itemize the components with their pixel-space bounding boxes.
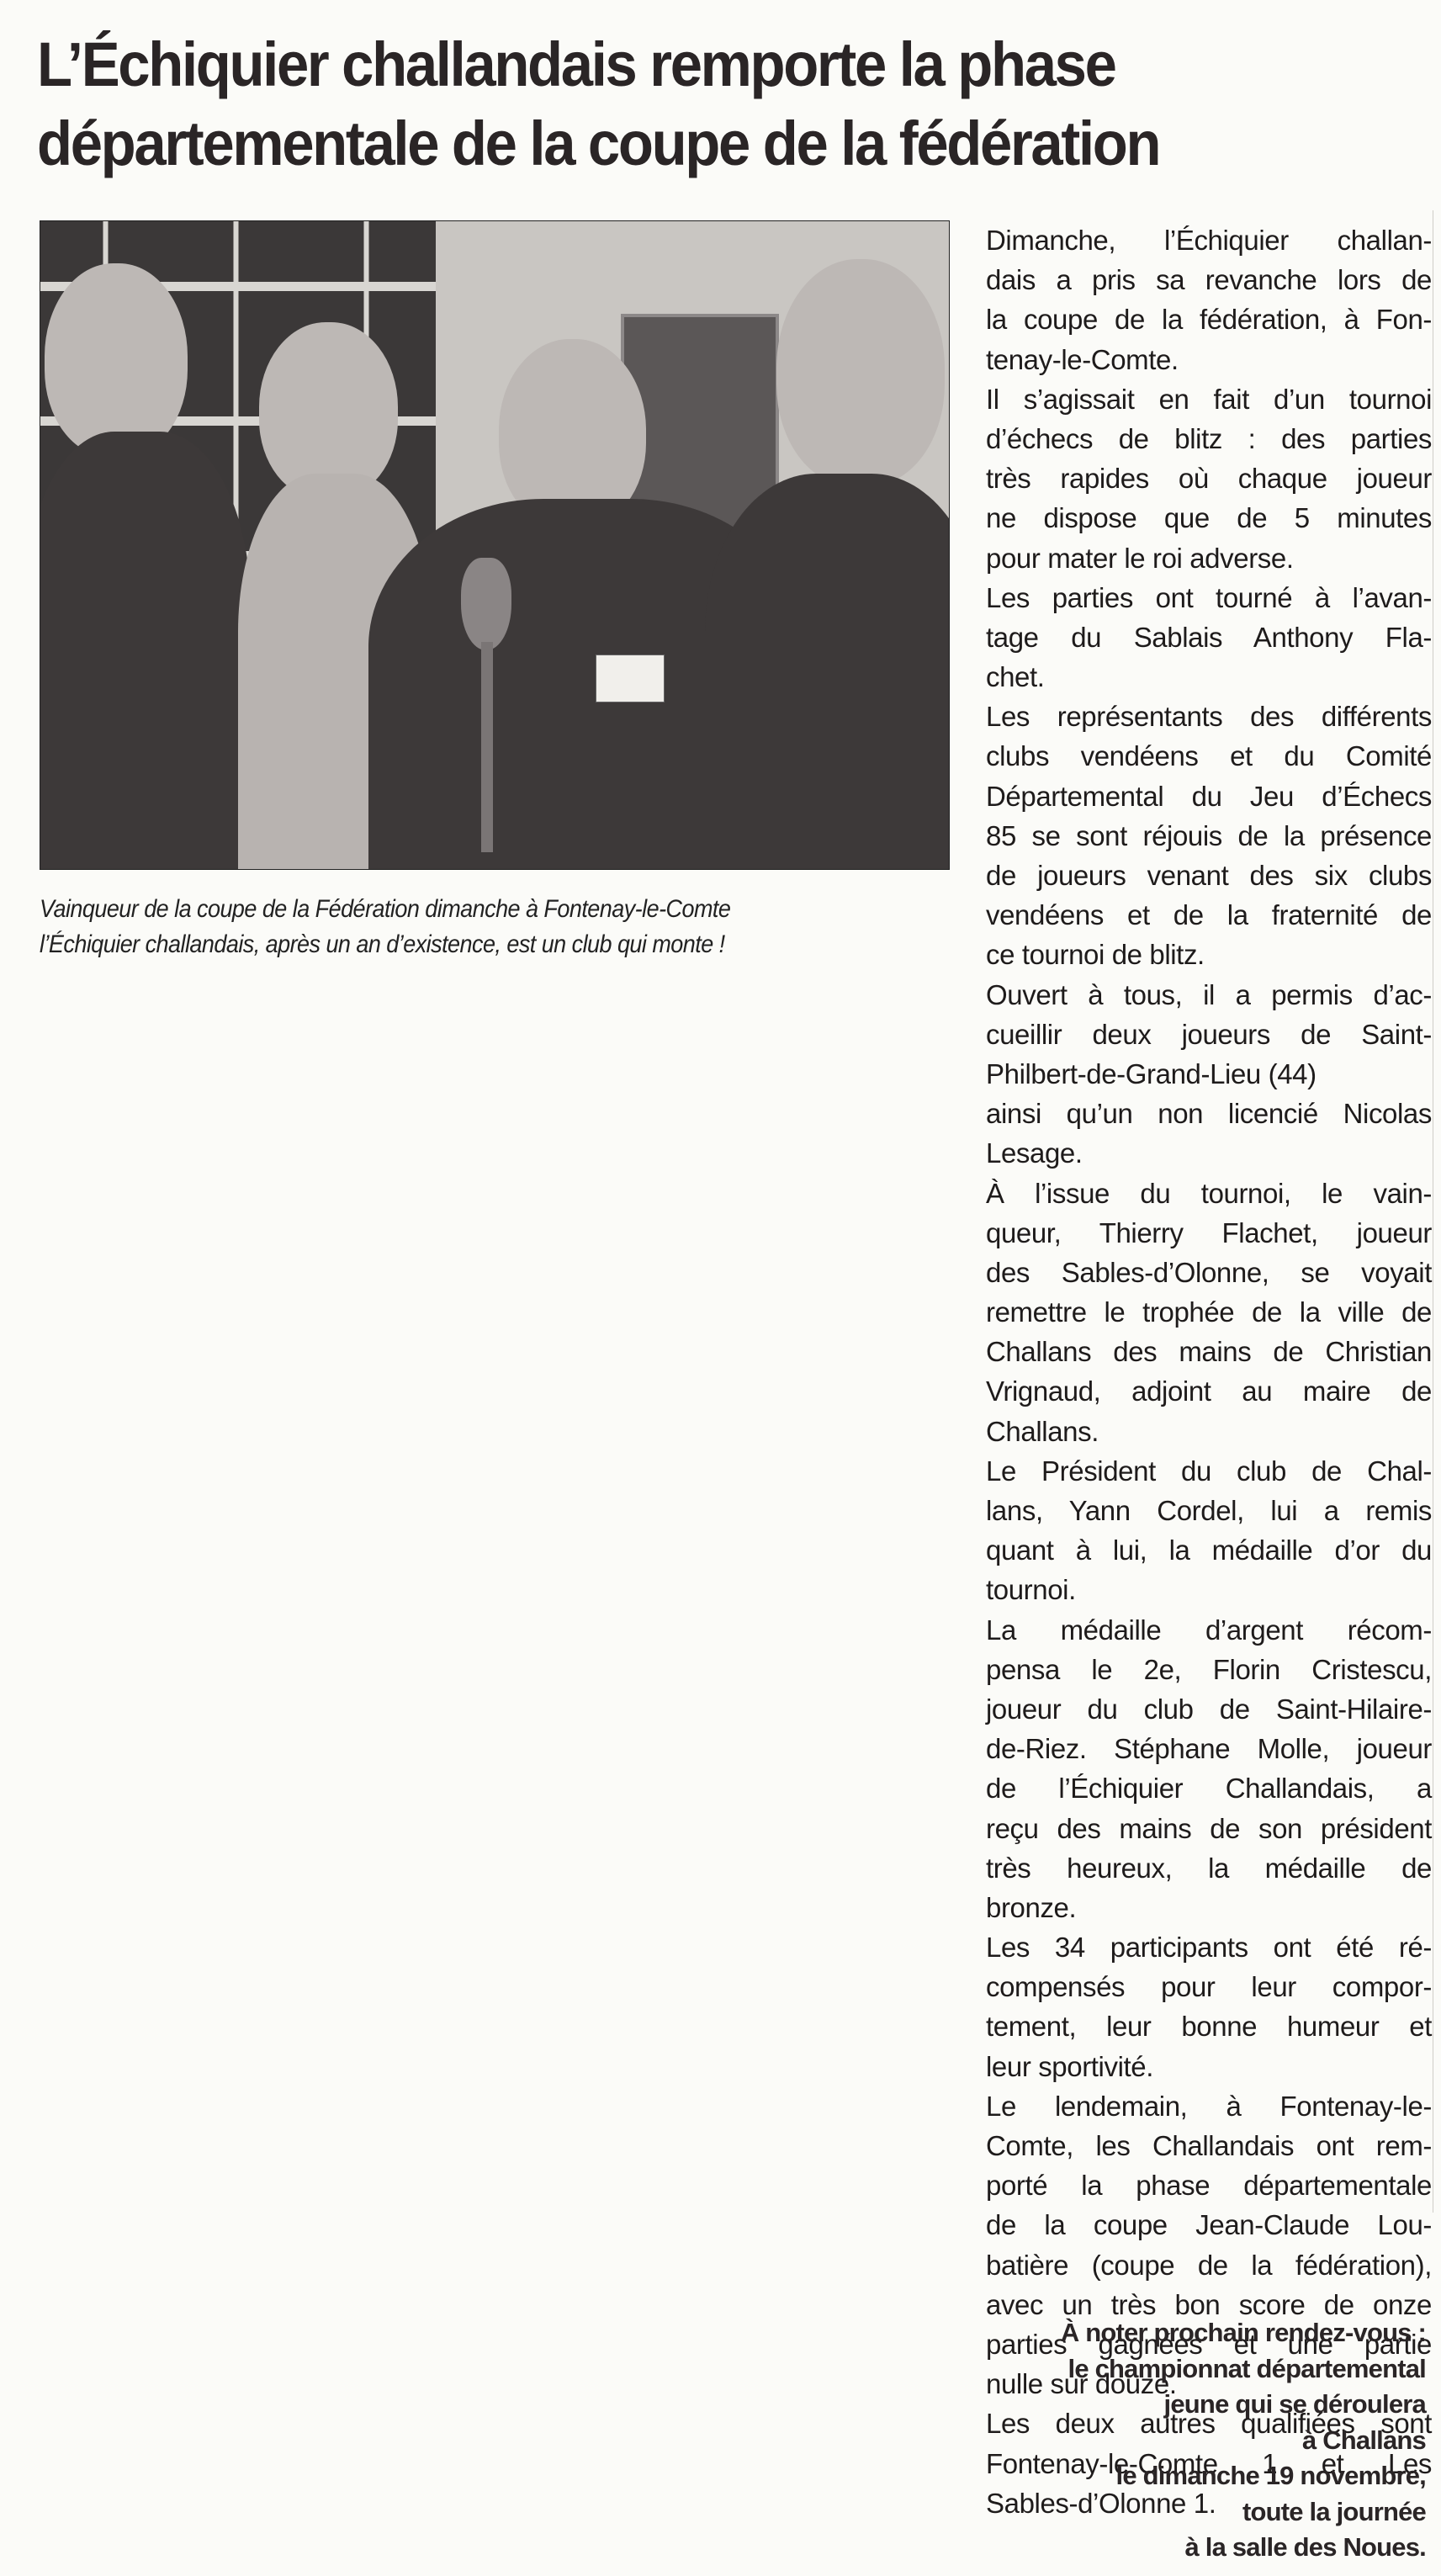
body-line: de la coupe Jean-Claude Lou- (986, 2205, 1432, 2245)
body-line: la coupe de la fédération, à Fon- (986, 299, 1432, 339)
person-1-head (45, 263, 188, 457)
article-body: Dimanche, l’Échiquier challan-dais a pri… (986, 220, 1432, 2523)
name-badge (596, 655, 665, 702)
body-line: dais a pris sa revanche lors de (986, 260, 1432, 299)
body-line: La médaille d’argent récom- (986, 1610, 1432, 1650)
body-line: Les parties ont tourné à l’avan- (986, 578, 1432, 617)
body-line: tement, leur bonne humeur et (986, 2006, 1432, 2046)
body-line: Le Président du club de Chal- (986, 1451, 1432, 1491)
body-line: vendéens et de la fraternité de (986, 895, 1432, 935)
caption-line-1: Vainqueur de la coupe de la Fédération d… (40, 892, 872, 927)
body-line: tournoi. (986, 1570, 1432, 1609)
headline-line-2: départementale de la coupe de la fédérat… (37, 104, 1328, 183)
body-line: d’échecs de blitz : des parties (986, 419, 1432, 458)
body-line: tage du Sablais Anthony Fla- (986, 617, 1432, 657)
body-line: Il s’agissait en fait d’un tournoi (986, 379, 1432, 419)
body-line: tenay-le-Comte. (986, 340, 1432, 379)
body-line: Philbert-de-Grand-Lieu (44) (986, 1054, 1432, 1094)
body-line: ainsi qu’un non licencié Nicolas (986, 1094, 1432, 1133)
body-line: Ouvert à tous, il a permis d’ac- (986, 975, 1432, 1015)
body-line: À l’issue du tournoi, le vain- (986, 1174, 1432, 1213)
body-line: quant à lui, la médaille d’or du (986, 1530, 1432, 1570)
body-line: Dimanche, l’Échiquier challan- (986, 220, 1432, 260)
body-line: de joueurs venant des six clubs (986, 856, 1432, 895)
upcoming-event-note: À noter prochain rendez-vous : le champi… (921, 2315, 1426, 2566)
body-line: Comte, les Challandais ont rem- (986, 2126, 1432, 2165)
photo-caption: Vainqueur de la coupe de la Fédération d… (40, 892, 872, 962)
note-line-6: toute la journée (921, 2494, 1426, 2531)
article-photo (40, 220, 950, 870)
body-line: batière (coupe de la fédération), (986, 2245, 1432, 2285)
body-line: ne dispose que de 5 minutes (986, 498, 1432, 538)
body-line: Le lendemain, à Fontenay-le- (986, 2086, 1432, 2126)
body-line: reçu des mains de son président (986, 1809, 1432, 1848)
body-line: queur, Thierry Flachet, joueur (986, 1213, 1432, 1253)
body-line: Les représentants des différents (986, 697, 1432, 736)
body-line: 85 se sont réjouis de la présence (986, 816, 1432, 856)
body-line: bronze. (986, 1888, 1432, 1927)
body-line: très rapides où chaque joueur (986, 458, 1432, 498)
body-line: très heureux, la médaille de (986, 1848, 1432, 1888)
body-line: Challans des mains de Christian (986, 1332, 1432, 1371)
body-line: porté la phase départementale (986, 2165, 1432, 2205)
body-line: chet. (986, 657, 1432, 697)
body-line: compensés pour leur compor- (986, 1967, 1432, 2006)
body-line: ce tournoi de blitz. (986, 935, 1432, 974)
body-line: Départemental du Jeu d’Échecs (986, 777, 1432, 816)
note-line-5: le dimanche 19 novembre, (921, 2458, 1426, 2494)
trophy-stem (481, 642, 493, 852)
body-line: leur sportivité. (986, 2047, 1432, 2086)
body-line: joueur du club de Saint-Hilaire- (986, 1689, 1432, 1729)
note-line-4: à Challans (921, 2423, 1426, 2459)
person-1-body (40, 432, 251, 869)
person-4-head (776, 259, 945, 486)
trophy-icon (461, 558, 511, 650)
body-line: des Sables-d’Olonne, se voyait (986, 1253, 1432, 1292)
note-line-3: jeune qui se déroulera (921, 2387, 1426, 2423)
body-line: de-Riez. Stéphane Molle, joueur (986, 1729, 1432, 1768)
column-edge (1433, 210, 1433, 2213)
article-headline: L’Échiquier challandais remporte la phas… (37, 25, 1328, 183)
body-line: cueillir deux joueurs de Saint- (986, 1015, 1432, 1054)
note-line-1: À noter prochain rendez-vous : (921, 2315, 1426, 2351)
body-line: pensa le 2e, Florin Cristescu, (986, 1650, 1432, 1689)
body-line: Vrignaud, adjoint au maire de (986, 1371, 1432, 1411)
headline-line-1: L’Échiquier challandais remporte la phas… (37, 25, 1328, 104)
body-line: clubs vendéens et du Comité (986, 736, 1432, 776)
note-line-2: le championnat départemental (921, 2351, 1426, 2388)
body-line: lans, Yann Cordel, lui a remis (986, 1491, 1432, 1530)
person-2-head (259, 322, 398, 499)
body-line: Lesage. (986, 1133, 1432, 1173)
note-line-7: à la salle des Noues. (921, 2530, 1426, 2566)
body-line: pour mater le roi adverse. (986, 538, 1432, 578)
caption-line-2: l’Échiquier challandais, après un an d’e… (40, 927, 872, 962)
body-line: de l’Échiquier Challandais, a (986, 1768, 1432, 1808)
body-line: Les 34 participants ont été ré- (986, 1927, 1432, 1967)
person-4-body (705, 474, 950, 869)
body-line: remettre le trophée de la ville de (986, 1292, 1432, 1332)
body-line: Challans. (986, 1412, 1432, 1451)
